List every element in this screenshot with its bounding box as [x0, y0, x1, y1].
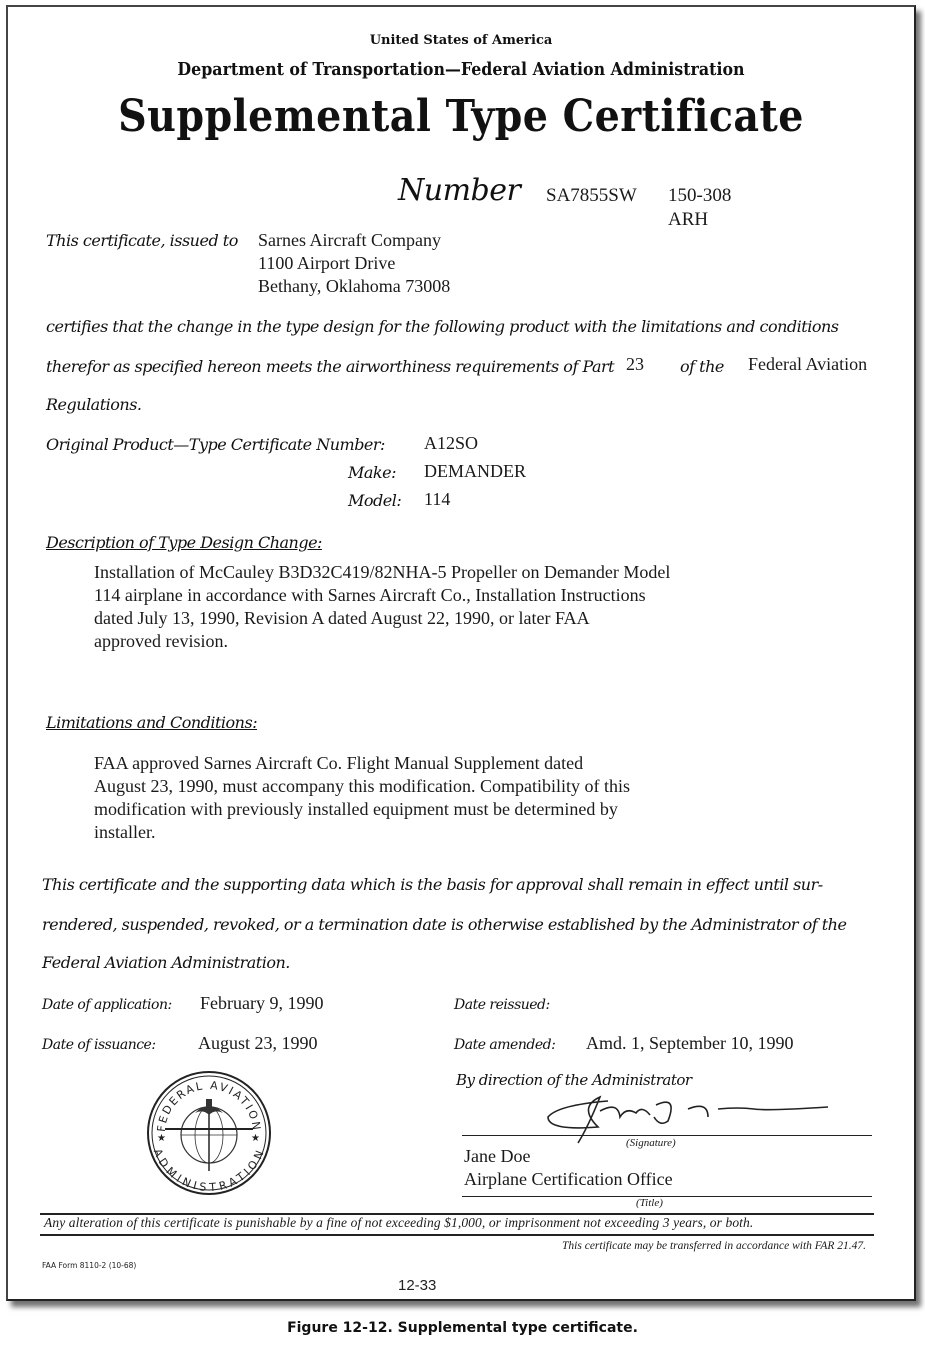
reference-code: 150-308	[668, 185, 731, 207]
description-line: dated July 13, 1990, Revision A dated Au…	[94, 607, 590, 630]
make-label: Make:	[348, 463, 396, 482]
certifies-line-2: therefor as specified hereon meets the a…	[46, 357, 614, 376]
application-date: February 9, 1990	[200, 992, 323, 1015]
issuance-date: August 23, 1990	[198, 1032, 318, 1055]
holder-address-line-2: Bethany, Oklahoma 73008	[258, 275, 450, 298]
form-number: FAA Form 8110-2 (10-68)	[42, 1261, 136, 1270]
regulations-word: Regulations.	[46, 395, 142, 414]
svg-text:★: ★	[251, 1133, 260, 1144]
validity-line: This certificate and the supporting data…	[42, 875, 823, 894]
make-value: DEMANDER	[424, 460, 526, 483]
reference-office: ARH	[668, 209, 708, 231]
model-value: 114	[424, 488, 450, 511]
description-line: Installation of McCauley B3D32C419/82NHA…	[94, 561, 670, 584]
certificate-number: SA7855SW	[546, 185, 637, 207]
page-number: 12-33	[398, 1277, 436, 1294]
holder-address-line-1: 1100 Airport Drive	[258, 252, 395, 275]
amended-date: Amd. 1, September 10, 1990	[586, 1032, 793, 1055]
department-header: Department of Transportation—Federal Avi…	[62, 59, 859, 80]
svg-text:★: ★	[157, 1133, 166, 1144]
application-date-label: Date of application:	[42, 997, 172, 1013]
tc-number-label: Original Product—Type Certificate Number…	[46, 435, 385, 454]
signer-office: Airplane Certification Office	[464, 1168, 673, 1191]
country-header: United States of America	[8, 33, 914, 48]
description-label: Description of Type Design Change:	[46, 533, 322, 552]
title-line	[462, 1196, 872, 1197]
certifies-line-1: certifies that the change in the type de…	[46, 317, 838, 336]
description-line: approved revision.	[94, 630, 228, 653]
limitations-line: FAA approved Sarnes Aircraft Co. Flight …	[94, 752, 583, 775]
validity-line: Federal Aviation Administration.	[42, 953, 290, 972]
footer-rule-bottom	[40, 1234, 874, 1236]
limitations-label: Limitations and Conditions:	[46, 713, 257, 732]
signature-scrawl-icon	[538, 1087, 838, 1147]
model-label: Model:	[348, 491, 401, 510]
of-the-text: of the	[680, 357, 724, 376]
title-caption: (Title)	[636, 1197, 663, 1209]
amended-date-label: Date amended:	[454, 1037, 555, 1053]
holder-name: Sarnes Aircraft Company	[258, 229, 441, 252]
limitations-line: August 23, 1990, must accompany this mod…	[94, 775, 630, 798]
limitations-line: installer.	[94, 821, 156, 844]
signature-line	[462, 1135, 872, 1136]
certificate-page: United States of America Department of T…	[6, 5, 916, 1301]
signature-caption: (Signature)	[626, 1137, 676, 1149]
certificate-title: Supplemental Type Certificate	[53, 91, 868, 142]
issuance-date-label: Date of issuance:	[42, 1037, 156, 1053]
tc-number: A12SO	[424, 432, 478, 455]
alteration-warning: Any alteration of this certificate is pu…	[44, 1215, 753, 1231]
regulation-name: Federal Aviation	[748, 353, 867, 376]
transfer-note: This certificate may be transferred in a…	[562, 1240, 866, 1252]
figure-caption: Figure 12-12. Supplemental type certific…	[0, 1320, 925, 1336]
issued-to-label: This certificate, issued to	[46, 231, 238, 250]
number-label: Number	[398, 173, 520, 208]
validity-line: rendered, suspended, revoked, or a termi…	[42, 915, 846, 934]
limitations-line: modification with previously installed e…	[94, 798, 618, 821]
description-line: 114 airplane in accordance with Sarnes A…	[94, 584, 646, 607]
reissued-date-label: Date reissued:	[454, 997, 550, 1013]
part-number: 23	[626, 353, 644, 376]
faa-seal-icon: FEDERAL AVIATION ADMINISTRATION ★ ★	[145, 1069, 273, 1197]
signer-name: Jane Doe	[464, 1145, 530, 1168]
